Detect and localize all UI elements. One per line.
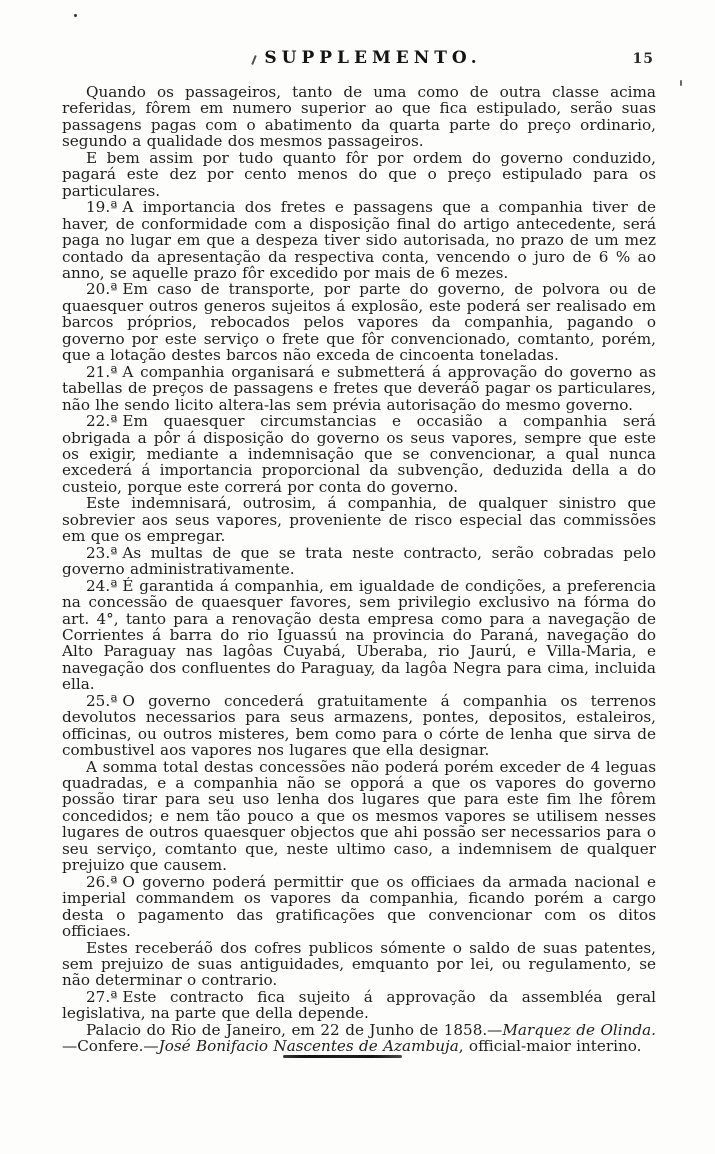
article-number: 24.ª xyxy=(86,577,122,595)
paragraph-text: Estes receberáõ dos cofres publicos sóme… xyxy=(62,939,656,990)
article-paragraph: 26.ªO governo poderá permittir que os of… xyxy=(62,874,656,940)
article-paragraph: 21.ªA companhia organisará e submetterá … xyxy=(62,364,656,413)
paragraph: Estes receberáõ dos cofres publicos sóme… xyxy=(62,940,656,989)
paragraph: A somma total destas concessões não pode… xyxy=(62,759,656,874)
article-number: 22.ª xyxy=(86,412,122,430)
article-number: 27.ª xyxy=(86,988,122,1006)
article-paragraph: 22.ªEm quaesquer circumstancias e occasi… xyxy=(62,413,656,495)
paragraph: E bem assim por tudo quanto fôr por orde… xyxy=(62,150,656,199)
page-header: SUPPLEMENTO. 15 xyxy=(62,48,656,74)
signature-name: José Bonifacio Nascentes de Azambuja xyxy=(159,1037,459,1055)
paragraph-text: Em quaesquer circumstancias e occasião a… xyxy=(62,412,656,496)
article-number: 25.ª xyxy=(86,692,122,710)
article-number: 20.ª xyxy=(86,280,122,298)
article-number: 23.ª xyxy=(86,544,122,562)
end-rule xyxy=(283,1055,402,1059)
page-title: SUPPLEMENTO. xyxy=(76,48,670,68)
paragraph-text: O governo concederá gratuitamente á comp… xyxy=(62,692,656,759)
signature-name: Marquez de Olinda. xyxy=(502,1021,656,1039)
paragraph-text: Quando os passageiros, tanto de uma como… xyxy=(62,83,656,150)
paragraph-text: A importancia dos fretes e passagens que… xyxy=(62,198,656,282)
paragraph: Quando os passageiros, tanto de uma como… xyxy=(62,84,656,150)
paragraph: Palacio do Rio de Janeiro, em 22 de Junh… xyxy=(62,1022,656,1055)
paragraph-text: A somma total destas concessões não pode… xyxy=(62,758,656,875)
article-paragraph: 19.ªA importancia dos fretes e passagens… xyxy=(62,199,656,281)
paragraph-text: É garantida á companhia, em igualdade de… xyxy=(62,577,656,694)
paragraph-text: Em caso de transporte, por parte do gove… xyxy=(62,280,656,364)
paragraph-text: A companhia organisará e submetterá á ap… xyxy=(62,363,656,414)
paragraph-text: —Confere.— xyxy=(62,1037,159,1055)
article-number: 19.ª xyxy=(86,198,122,216)
article-paragraph: 27.ªEste contracto fica sujeito á approv… xyxy=(62,989,656,1022)
paragraph: Este indemnisará, outrosim, á companhia,… xyxy=(62,495,656,544)
paragraph-text: As multas de que se trata neste contract… xyxy=(62,544,656,578)
end-rule-line xyxy=(283,1055,402,1058)
paragraph-text: Palacio do Rio de Janeiro, em 22 de Junh… xyxy=(86,1021,502,1039)
ink-speck xyxy=(680,80,682,86)
article-number: 21.ª xyxy=(86,363,122,381)
ink-speck xyxy=(74,14,77,17)
paragraph-text: O governo poderá permittir que os offici… xyxy=(62,873,656,940)
article-paragraph: 24.ªÉ garantida á companhia, em igualdad… xyxy=(62,578,656,693)
article-paragraph: 20.ªEm caso de transporte, por parte do … xyxy=(62,281,656,363)
paragraph-text: Este indemnisará, outrosim, á companhia,… xyxy=(62,494,656,545)
article-paragraph: 23.ªAs multas de que se trata neste cont… xyxy=(62,545,656,578)
paragraph-text: Este contracto fica sujeito á approvação… xyxy=(62,988,656,1022)
document-body: Quando os passageiros, tanto de uma como… xyxy=(62,84,656,1055)
article-paragraph: 25.ªO governo concederá gratuitamente á … xyxy=(62,693,656,759)
article-number: 26.ª xyxy=(86,873,122,891)
scanned-document-page: SUPPLEMENTO. 15 Quando os passageiros, t… xyxy=(0,0,715,1154)
page-number: 15 xyxy=(633,51,654,67)
paragraph-text: , official-maior interino. xyxy=(459,1037,642,1055)
paragraph-text: E bem assim por tudo quanto fôr por orde… xyxy=(62,149,656,200)
